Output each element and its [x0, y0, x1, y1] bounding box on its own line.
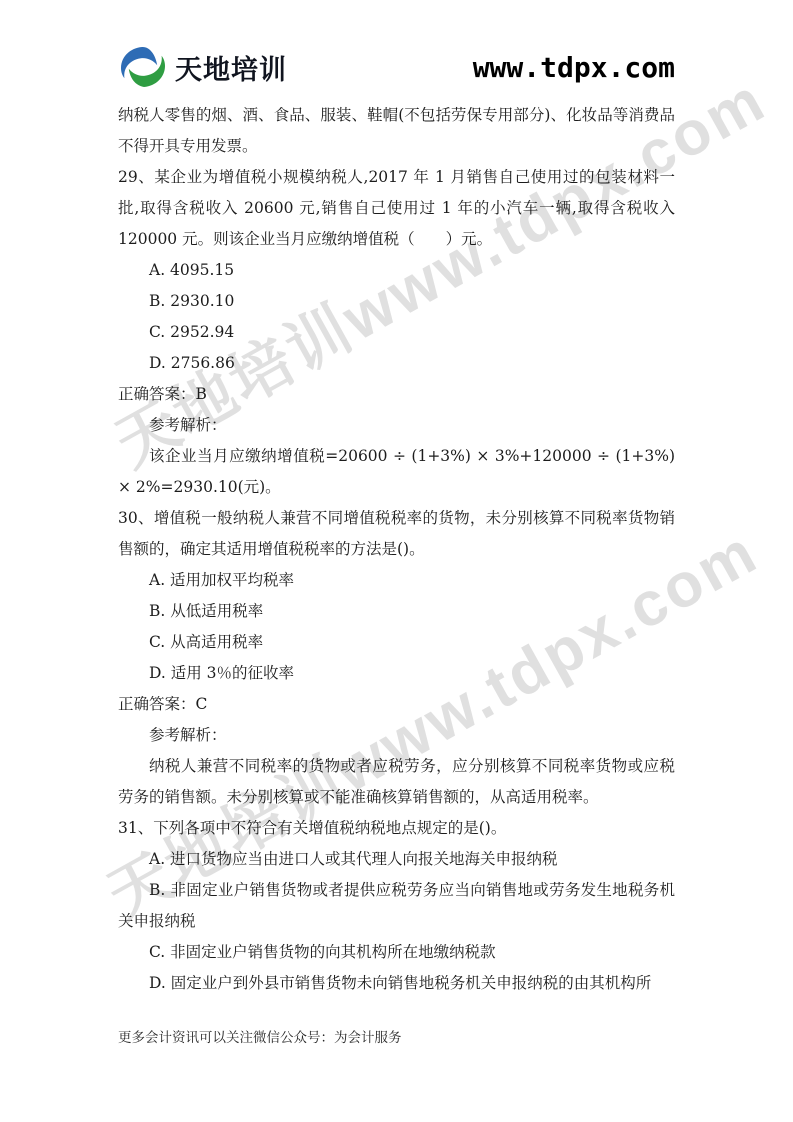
option-b: B. 2930.10: [118, 286, 675, 317]
question-31: 31、下列各项中不符合有关增值税纳税地点规定的是()。 A. 进口货物应当由进口…: [118, 813, 675, 999]
question-29: 29、某企业为增值税小规模纳税人,2017 年 1 月销售自己使用过的包装材料一…: [118, 162, 675, 503]
website-url: www.tdpx.com: [473, 51, 675, 84]
analysis-label: 参考解析：: [118, 720, 675, 751]
option-c: C. 从高适用税率: [118, 627, 675, 658]
document-body: 纳税人零售的烟、酒、食品、服装、鞋帽(不包括劳保专用部分)、化妆品等消费品不得开…: [118, 100, 675, 999]
option-b: B. 从低适用税率: [118, 596, 675, 627]
option-a: A. 进口货物应当由进口人或其代理人向报关地海关申报纳税: [118, 844, 675, 875]
option-c: C. 2952.94: [118, 317, 675, 348]
correct-answer: 正确答案：B: [118, 379, 675, 410]
question-stem: 29、某企业为增值税小规模纳税人,2017 年 1 月销售自己使用过的包装材料一…: [118, 162, 675, 255]
analysis-text: 该企业当月应缴纳增值税=20600 ÷ (1+3%) × 3%+120000 ÷…: [118, 441, 675, 503]
option-a: A. 4095.15: [118, 255, 675, 286]
option-d: D. 2756.86: [118, 348, 675, 379]
question-30: 30、增值税一般纳税人兼营不同增值税税率的货物，未分别核算不同税率货物销售额的，…: [118, 503, 675, 813]
document-page: 天地培训www.tdpx.com 天地培训www.tdpx.com 天地培训 w…: [0, 0, 793, 1122]
brand-name: 天地培训: [175, 48, 287, 87]
option-a: A. 适用加权平均税率: [118, 565, 675, 596]
correct-answer: 正确答案：C: [118, 689, 675, 720]
option-d: D. 固定业户到外县市销售货物未向销售地税务机关申报纳税的由其机构所: [118, 968, 675, 999]
intro-paragraph: 纳税人零售的烟、酒、食品、服装、鞋帽(不包括劳保专用部分)、化妆品等消费品不得开…: [118, 100, 675, 162]
option-c: C. 非固定业户销售货物的向其机构所在地缴纳税款: [118, 937, 675, 968]
question-stem: 30、增值税一般纳税人兼营不同增值税税率的货物，未分别核算不同税率货物销售额的，…: [118, 503, 675, 565]
page-footer: 更多会计资讯可以关注微信公众号：为会计服务: [118, 1028, 402, 1048]
tiandi-swirl-icon: [118, 45, 168, 89]
question-stem: 31、下列各项中不符合有关增值税纳税地点规定的是()。: [118, 813, 675, 844]
analysis-text: 纳税人兼营不同税率的货物或者应税劳务，应分别核算不同税率货物或应税劳务的销售额。…: [118, 751, 675, 813]
brand-logo: 天地培训: [118, 45, 287, 89]
option-b: B. 非固定业户销售货物或者提供应税劳务应当向销售地或劳务发生地税务机关申报纳税: [118, 875, 675, 937]
analysis-label: 参考解析：: [118, 410, 675, 441]
option-d: D. 适用 3％的征收率: [118, 658, 675, 689]
page-header: 天地培训 www.tdpx.com: [118, 42, 675, 92]
